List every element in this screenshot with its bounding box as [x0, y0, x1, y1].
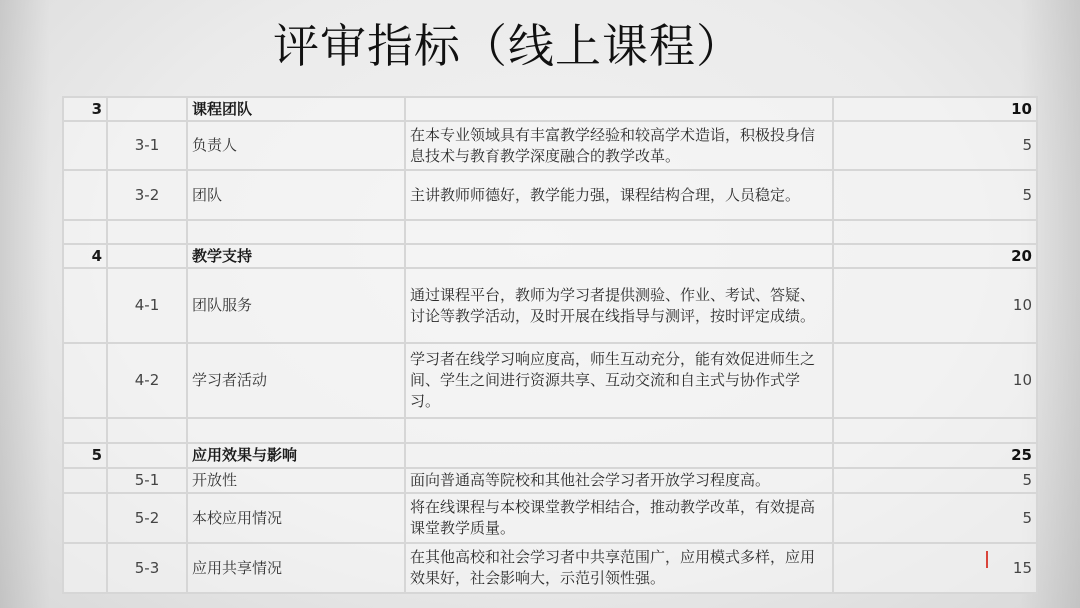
item-code: 5-1: [107, 468, 187, 493]
item-description: 主讲教师师德好，教学能力强，课程结构合理，人员稳定。: [405, 170, 833, 220]
empty-cell: [63, 468, 107, 493]
empty-cell: [107, 244, 187, 268]
table-row: 5-2 本校应用情况 将在线课程与本校课堂教学相结合，推动教学改革，有效提高课堂…: [63, 493, 1037, 543]
item-code: 4-1: [107, 268, 187, 343]
section-number: 4: [63, 244, 107, 268]
section-row: 5 应用效果与影响 25: [63, 443, 1037, 468]
section-score: 20: [833, 244, 1037, 268]
item-description: 在本专业领域具有丰富教学经验和较高学术造诣，积极投身信息技术与教育教学深度融合的…: [405, 121, 833, 170]
item-code: 5-3: [107, 543, 187, 593]
empty-cell: [63, 170, 107, 220]
item-name: 团队服务: [187, 268, 405, 343]
item-score: 10: [833, 268, 1037, 343]
item-description: 面向普通高等院校和其他社会学习者开放学习程度高。: [405, 468, 833, 493]
item-code: 4-2: [107, 343, 187, 418]
empty-cell: [107, 97, 187, 121]
section-name: 教学支持: [187, 244, 405, 268]
item-name: 负责人: [187, 121, 405, 170]
section-name: 应用效果与影响: [187, 443, 405, 468]
section-number: 3: [63, 97, 107, 121]
item-score: 10: [833, 343, 1037, 418]
item-description: 学习者在线学习响应度高，师生互动充分，能有效促进师生之间、学生之间进行资源共享、…: [405, 343, 833, 418]
table-row: 4-1 团队服务 通过课程平台，教师为学习者提供测验、作业、考试、答疑、讨论等教…: [63, 268, 1037, 343]
section-number: 5: [63, 443, 107, 468]
item-code: 5-2: [107, 493, 187, 543]
text-cursor-mark: [986, 551, 988, 568]
item-score: 5: [833, 493, 1037, 543]
item-description: 将在线课程与本校课堂教学相结合，推动教学改革，有效提高课堂教学质量。: [405, 493, 833, 543]
table-row: 3-1 负责人 在本专业领域具有丰富教学经验和较高学术造诣，积极投身信息技术与教…: [63, 121, 1037, 170]
section-name: 课程团队: [187, 97, 405, 121]
page-title: 评审指标（线上课程）: [0, 14, 1080, 78]
table-row: 5-1 开放性 面向普通高等院校和其他社会学习者开放学习程度高。 5: [63, 468, 1037, 493]
item-name: 学习者活动: [187, 343, 405, 418]
empty-cell: [405, 97, 833, 121]
empty-cell: [63, 121, 107, 170]
empty-cell: [63, 493, 107, 543]
section-score: 25: [833, 443, 1037, 468]
item-name: 本校应用情况: [187, 493, 405, 543]
empty-cell: [405, 244, 833, 268]
item-code: 3-2: [107, 170, 187, 220]
item-score: 5: [833, 468, 1037, 493]
item-name: 开放性: [187, 468, 405, 493]
empty-cell: [63, 543, 107, 593]
item-score: 5: [833, 121, 1037, 170]
section-score: 10: [833, 97, 1037, 121]
page-title-text: 评审指标（线上课程）: [273, 14, 743, 78]
empty-cell: [63, 268, 107, 343]
empty-cell: [405, 443, 833, 468]
spacer-row: [63, 220, 1037, 244]
empty-cell: [107, 443, 187, 468]
item-score: 5: [833, 170, 1037, 220]
table-row: 3-2 团队 主讲教师师德好，教学能力强，课程结构合理，人员稳定。 5: [63, 170, 1037, 220]
section-row: 4 教学支持 20: [63, 244, 1037, 268]
item-description: 通过课程平台，教师为学习者提供测验、作业、考试、答疑、讨论等教学活动，及时开展在…: [405, 268, 833, 343]
item-name: 应用共享情况: [187, 543, 405, 593]
item-name: 团队: [187, 170, 405, 220]
evaluation-criteria-table: 3 课程团队 10 3-1 负责人 在本专业领域具有丰富教学经验和较高学术造诣，…: [62, 96, 1038, 594]
table-row: 5-3 应用共享情况 在其他高校和社会学习者中共享范围广，应用模式多样，应用效果…: [63, 543, 1037, 593]
section-row: 3 课程团队 10: [63, 97, 1037, 121]
empty-cell: [63, 343, 107, 418]
item-code: 3-1: [107, 121, 187, 170]
spacer-row: [63, 418, 1037, 443]
table-row: 4-2 学习者活动 学习者在线学习响应度高，师生互动充分，能有效促进师生之间、学…: [63, 343, 1037, 418]
item-description: 在其他高校和社会学习者中共享范围广，应用模式多样，应用效果好，社会影响大，示范引…: [405, 543, 833, 593]
item-score: 15: [833, 543, 1037, 593]
